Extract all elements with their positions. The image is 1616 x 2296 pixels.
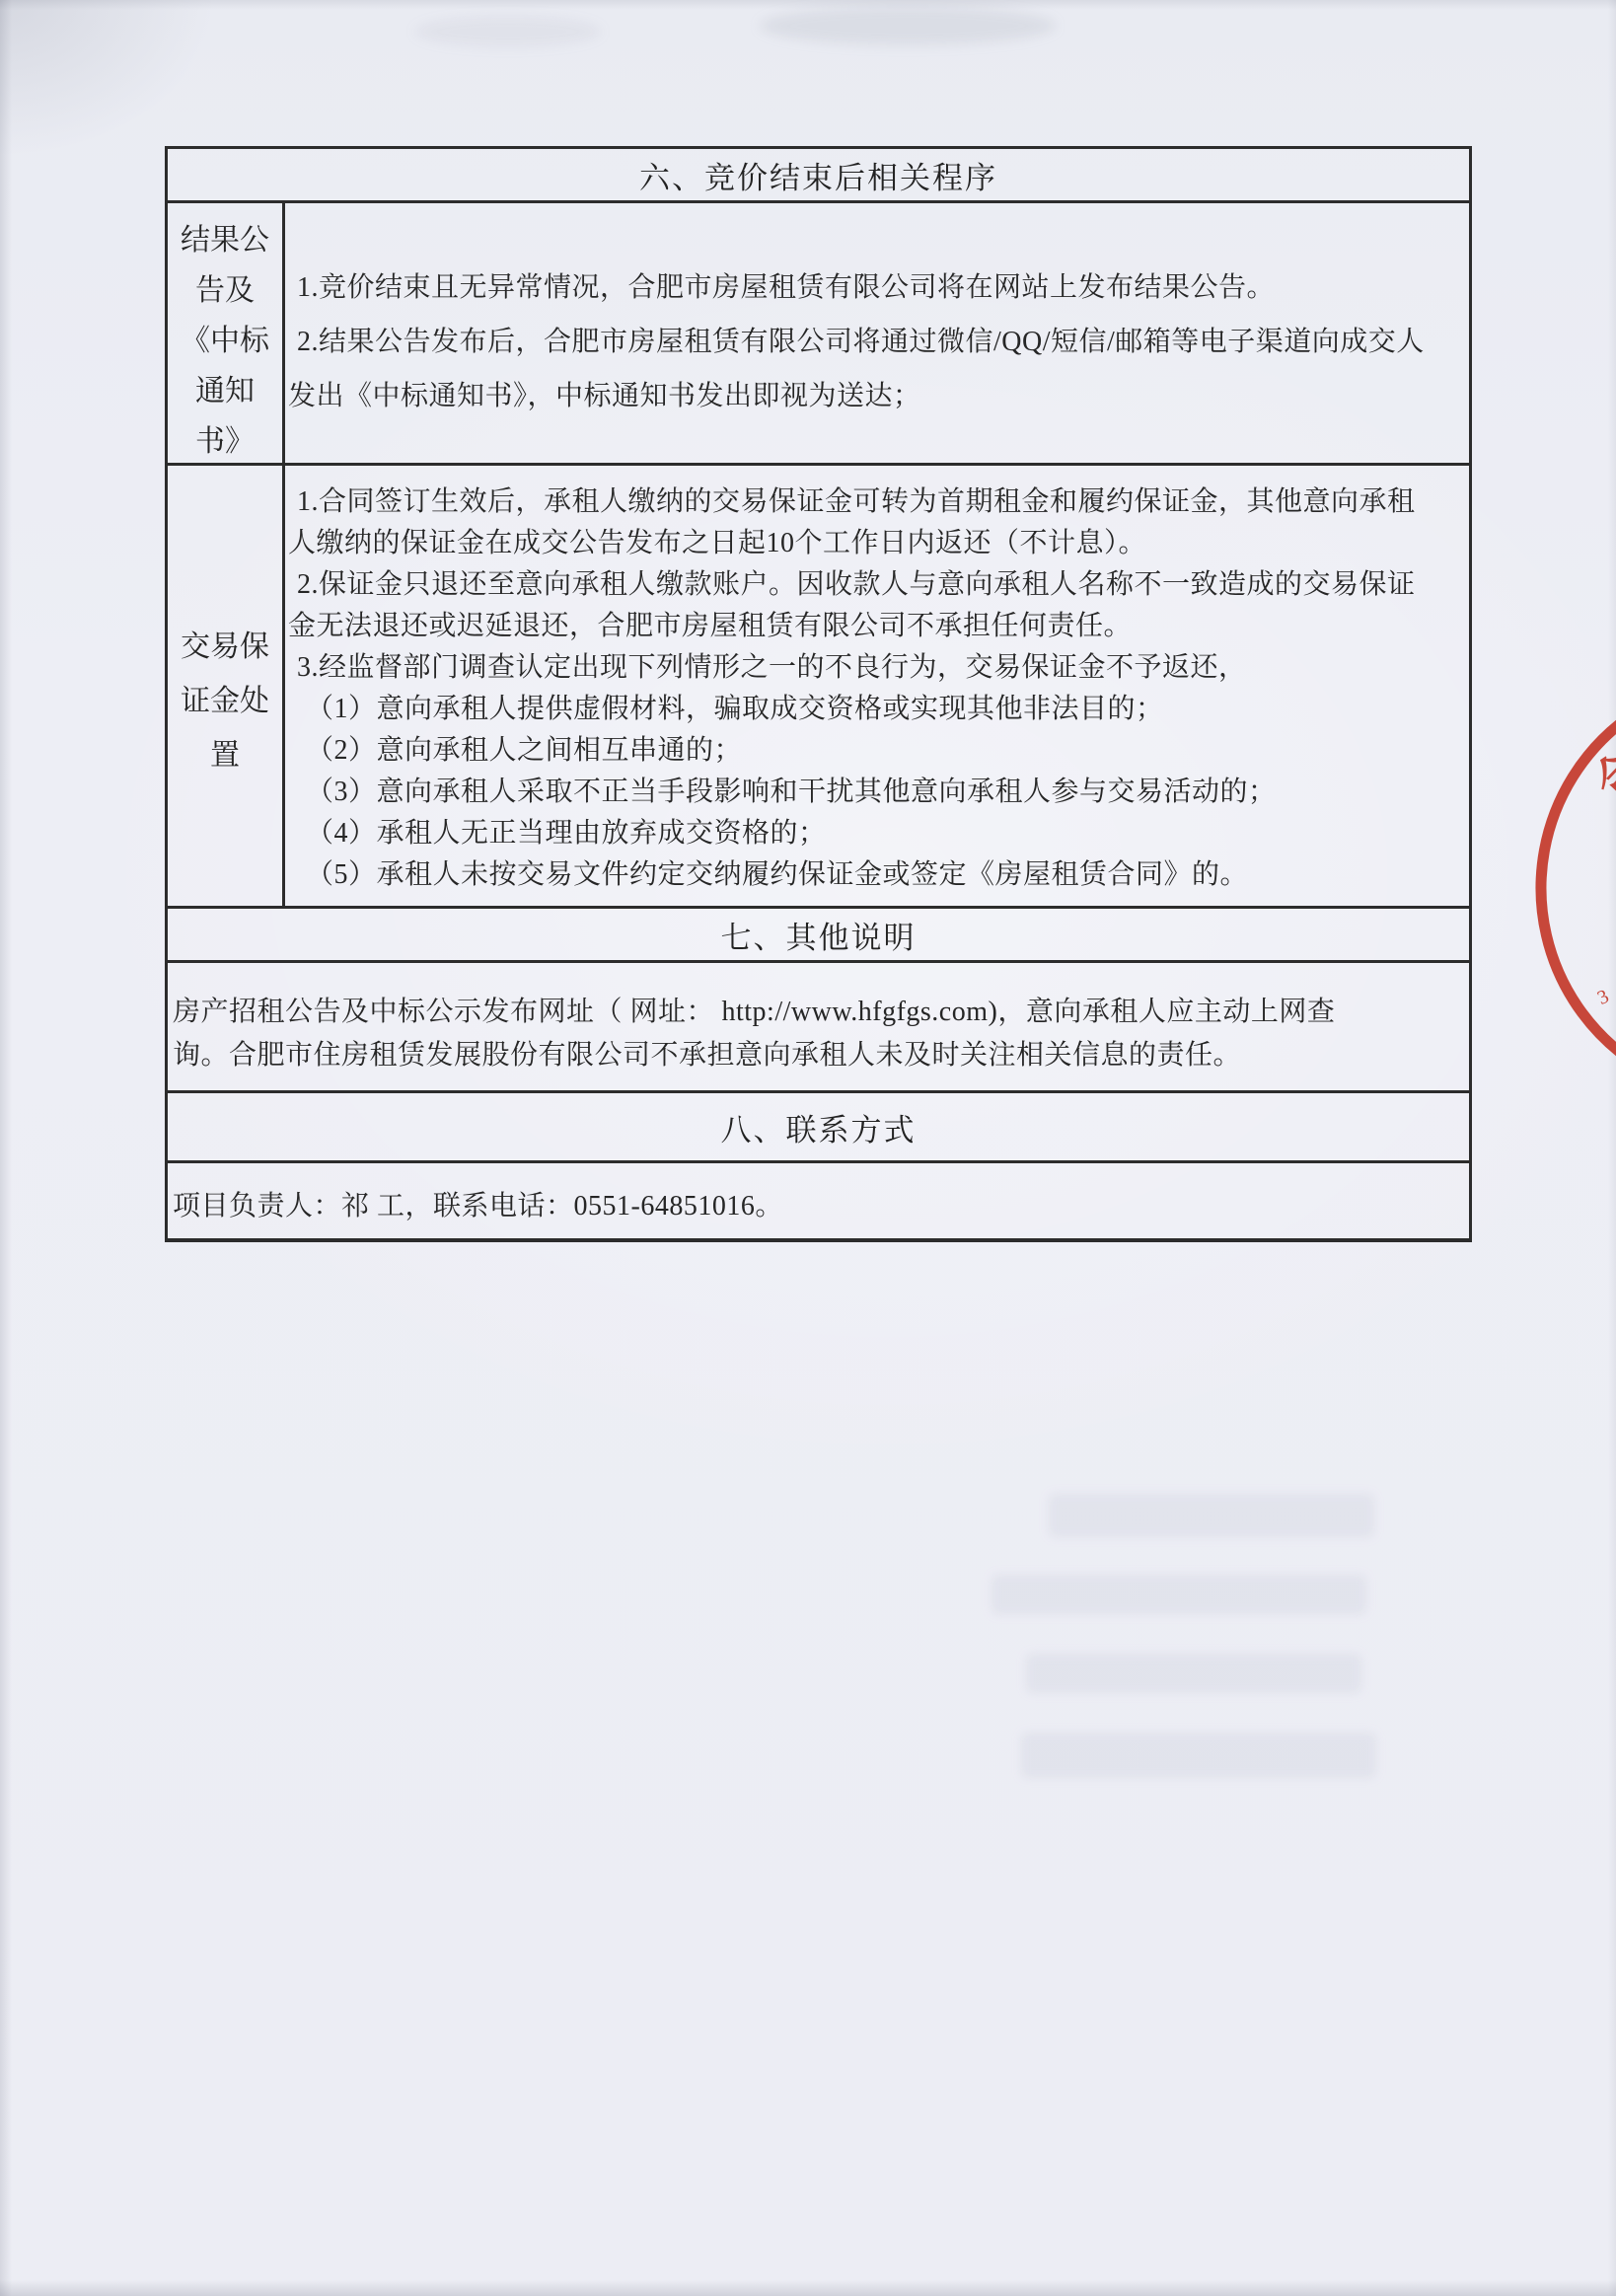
ghost-bleed-through [1049, 1494, 1374, 1537]
ghost-bleed-through [1021, 1733, 1376, 1778]
page-edge-shadow-bottom [0, 2280, 1616, 2296]
label-line: 结果公 [181, 215, 269, 265]
section-8-header: 八、联系方式 [168, 1090, 1469, 1160]
ghost-bleed-through [1026, 1654, 1361, 1693]
label-line: 置 [210, 728, 240, 782]
content-line: 人缴纳的保证金在成交公告发布之日起10个工作日内返还（不计息）。 [288, 523, 1469, 564]
content-line: 询。合肥市住房租赁发展股份有限公司不承担意向承租人未及时关注相关信息的责任。 [173, 1034, 1469, 1077]
row-content-result-announcement: 1.竞价结束且无异常情况，合肥市房屋租赁有限公司将在网站上发布结果公告。 2.结… [285, 203, 1469, 463]
label-line: 告及 [195, 265, 255, 316]
label-line: 证金处 [181, 674, 269, 728]
ghost-bleed-through [992, 1575, 1366, 1614]
section-8-title: 八、联系方式 [721, 1105, 917, 1149]
document-table: 六、竞价结束后相关程序 结果公 告及 《中标 通知 书》 1.竞价结束且无异常情… [165, 146, 1472, 1242]
page-edge-shadow-left [0, 0, 12, 2296]
content-line: （5）承租人未按交易文件约定交纳履约保证金或签定《房屋租赁合同》的。 [306, 854, 1469, 896]
content-line: 2.结果公告发布后，合肥市房屋租赁有限公司将通过微信/QQ/短信/邮箱等电子渠道… [297, 315, 1469, 369]
seal-mark: 3 [1594, 986, 1612, 1009]
corner-shade [0, 0, 217, 158]
content-line: 房产招租公告及中标公示发布网址（ 网址： http://www.hfgfgs.c… [173, 991, 1469, 1034]
row-label-result-announcement: 结果公 告及 《中标 通知 书》 [168, 203, 285, 463]
label-line: 书》 [195, 416, 255, 467]
label-line: 交易保 [181, 620, 269, 674]
content-line: 3.经监督部门调查认定出现下列情形之一的不良行为，交易保证金不予返还， [297, 647, 1469, 689]
page-edge-shadow-right [1608, 0, 1616, 2296]
content-line: （4）承租人无正当理由放弃成交资格的； [306, 813, 1469, 854]
section-8-content: 项目负责人：祁 工，联系电话：0551-64851016。 [168, 1160, 1469, 1238]
content-line: （2）意向承租人之间相互串通的； [306, 730, 1469, 772]
section-7-title: 七、其他说明 [721, 913, 917, 957]
content-line: 金无法退还或迟延退还，合肥市房屋租赁有限公司不承担任何责任。 [288, 606, 1469, 647]
section-6-title: 六、竞价结束后相关程序 [639, 153, 997, 197]
section-7-header: 七、其他说明 [168, 906, 1469, 960]
content-line: （1）意向承租人提供虚假材料，骗取成交资格或实现其他非法目的； [306, 689, 1469, 730]
content-line: 1.竞价结束且无异常情况，合肥市房屋租赁有限公司将在网站上发布结果公告。 [297, 260, 1469, 315]
scan-smudge [414, 16, 602, 47]
page-edge-shadow-top [0, 0, 1616, 10]
row-deposit-handling: 交易保 证金处 置 1.合同签订生效后，承租人缴纳的交易保证金可转为首期租金和履… [168, 463, 1469, 906]
content-line: （3）意向承租人采取不正当手段影响和干扰其他意向承租人参与交易活动的； [306, 772, 1469, 813]
red-seal-stamp: 合肥市房 3 [1480, 646, 1616, 1140]
label-line: 通知 [195, 366, 255, 416]
scanned-document-page: { "colors":{"paper":"#ecedf4","ink":"#26… [0, 0, 1616, 2296]
content-line: 1.合同签订生效后，承租人缴纳的交易保证金可转为首期租金和履约保证金，其他意向承… [297, 481, 1469, 523]
seal-ring [1480, 646, 1616, 1140]
section-7-content: 房产招租公告及中标公示发布网址（ 网址： http://www.hfgfgs.c… [168, 960, 1469, 1090]
label-line: 《中标 [181, 316, 269, 366]
row-content-deposit-handling: 1.合同签订生效后，承租人缴纳的交易保证金可转为首期租金和履约保证金，其他意向承… [285, 466, 1469, 906]
row-label-deposit-handling: 交易保 证金处 置 [168, 466, 285, 906]
content-line: 2.保证金只退还至意向承租人缴款账户。因收款人与意向承租人名称不一致造成的交易保… [297, 564, 1469, 606]
row-result-announcement: 结果公 告及 《中标 通知 书》 1.竞价结束且无异常情况，合肥市房屋租赁有限公… [168, 200, 1469, 463]
scan-smudge [760, 6, 1056, 45]
contact-line: 项目负责人：祁 工，联系电话：0551-64851016。 [173, 1184, 783, 1223]
section-6-header: 六、竞价结束后相关程序 [168, 149, 1469, 200]
content-line: 发出《中标通知书》，中标通知书发出即视为送达； [288, 369, 1469, 423]
